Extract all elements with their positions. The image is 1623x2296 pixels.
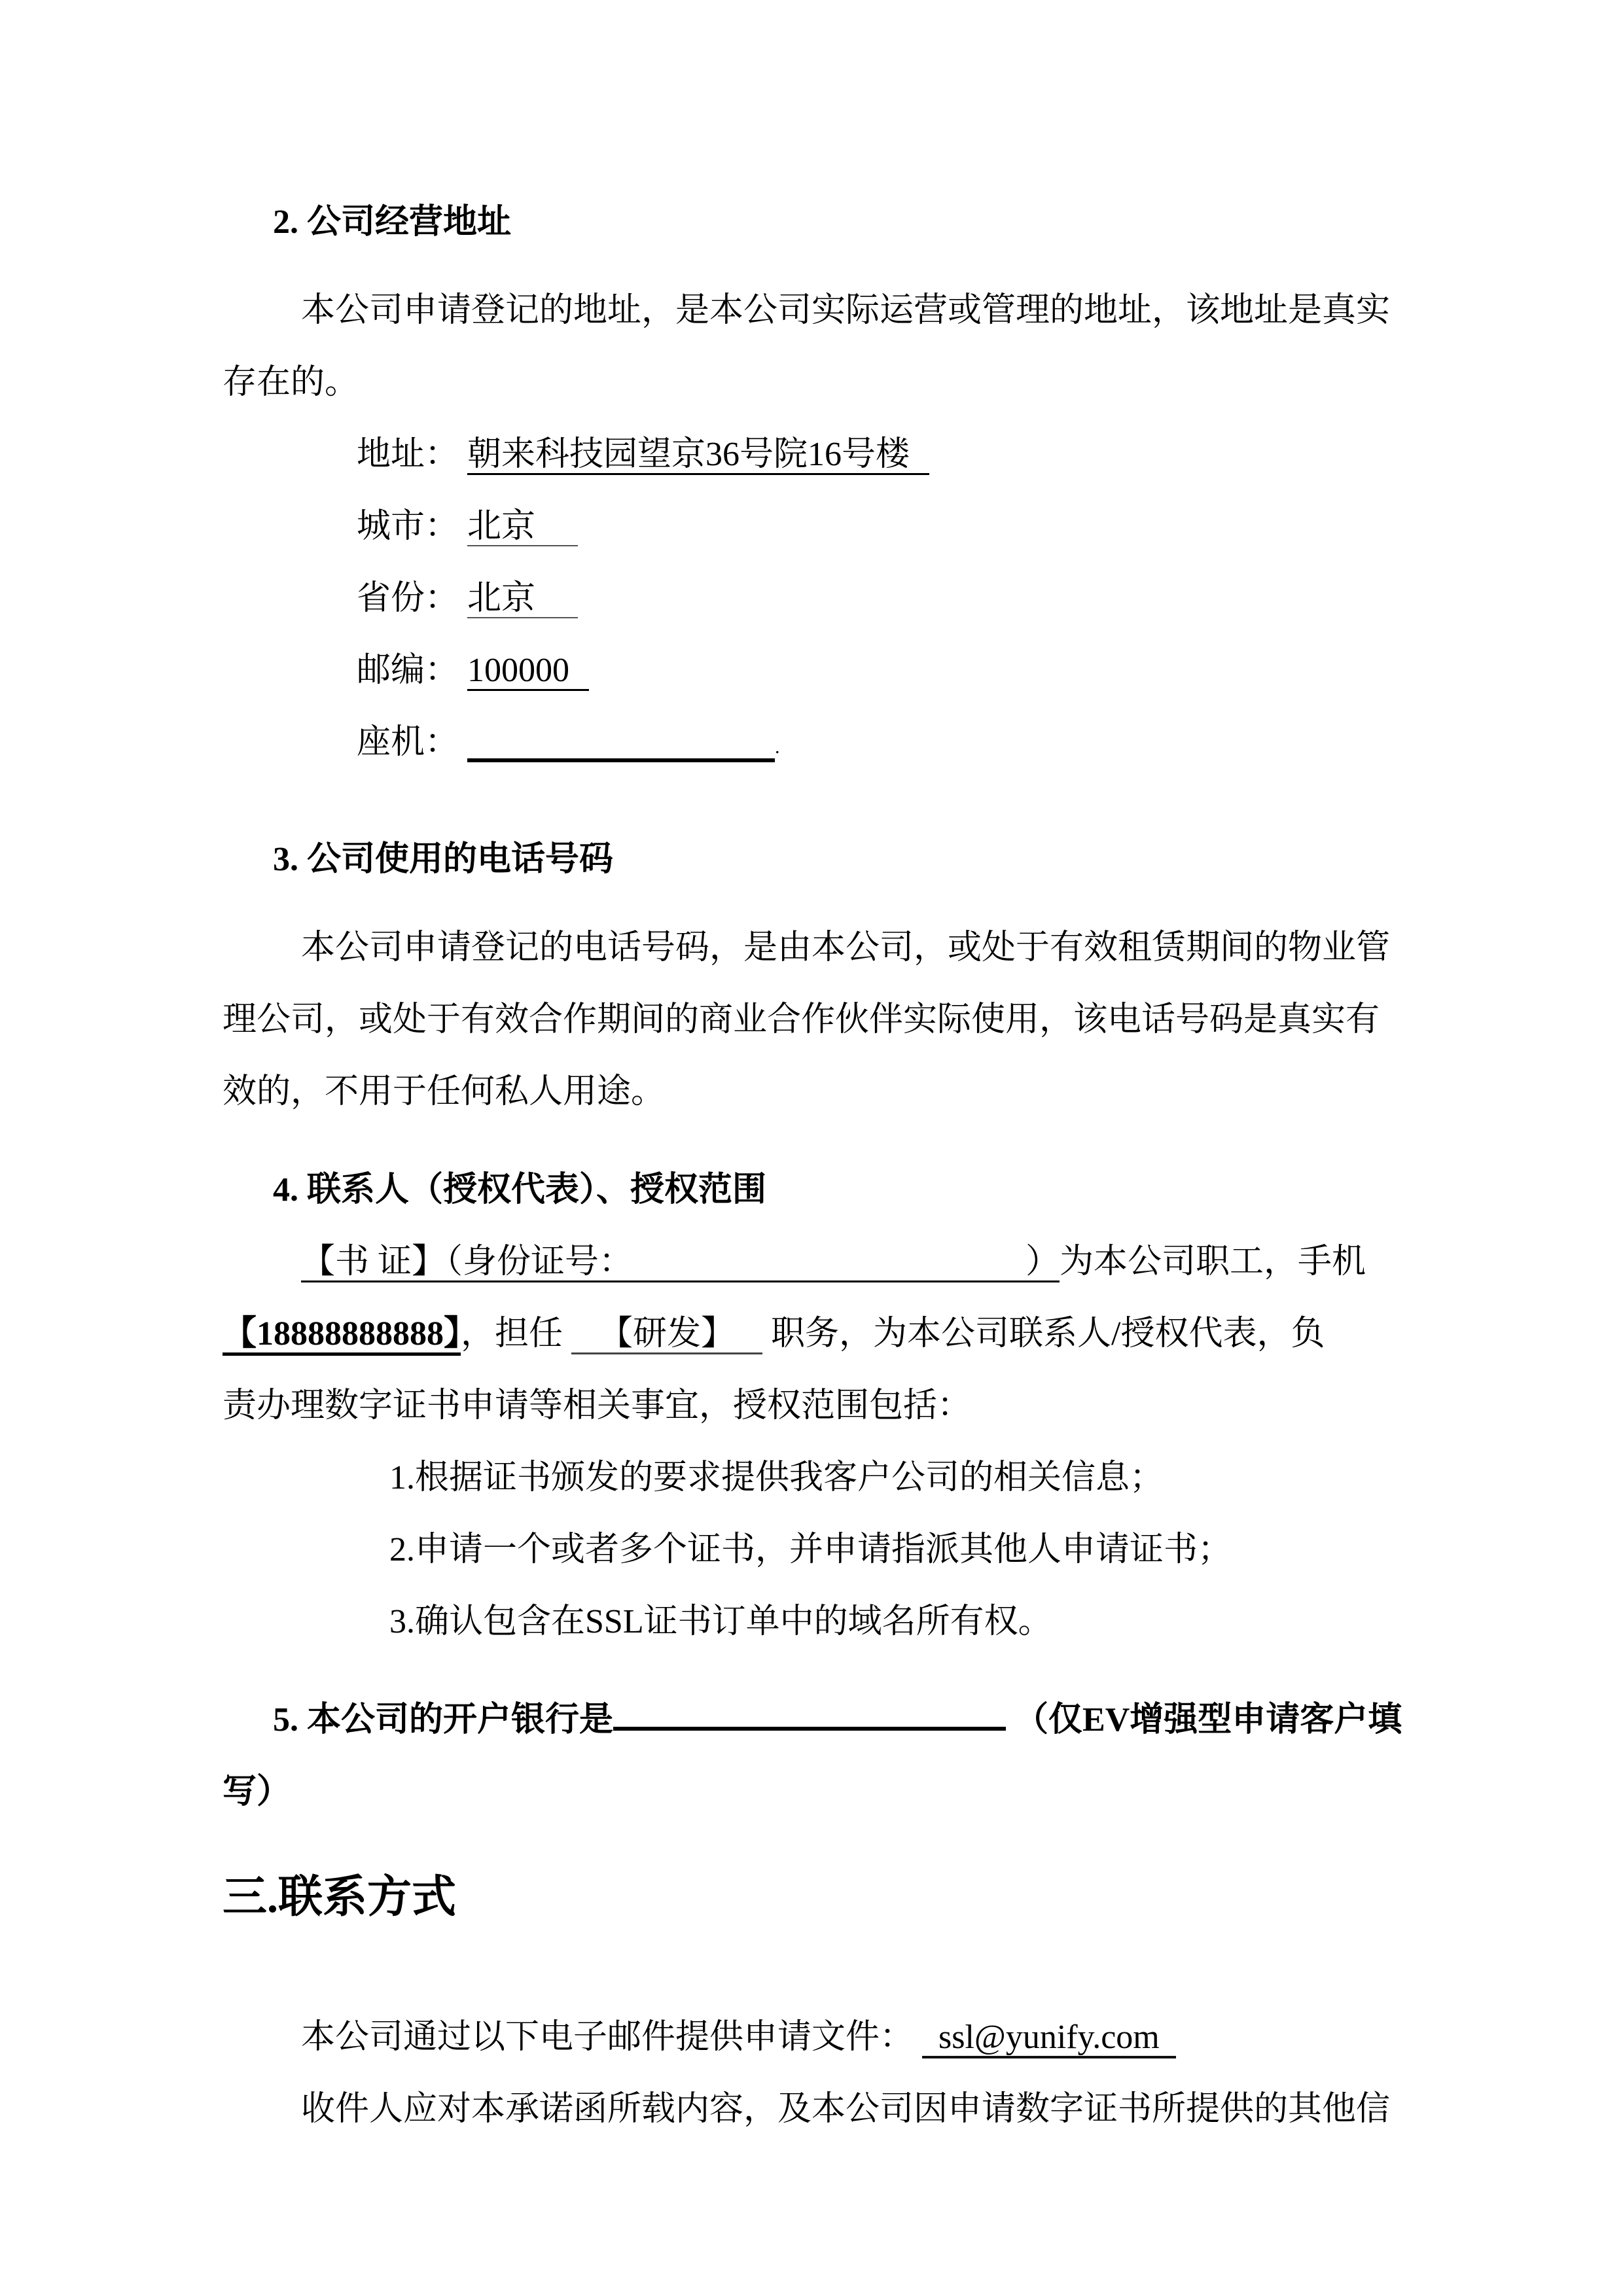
section3-paragraph-line1: 本公司申请登记的电话号码，是由本公司，或处于有效租赁期间的物业管 <box>301 912 1400 984</box>
contact-email-value: ssl@yunify.com <box>922 2019 1176 2058</box>
bank-name-blank <box>613 1693 1006 1731</box>
section5-line1: 5. 本公司的开户银行是 （仅EV增强型申请客户填 <box>273 1684 1400 1756</box>
contact-email-line: 本公司通过以下电子邮件提供申请文件： ssl@yunify.com <box>301 2002 1400 2074</box>
contact-note-line: 收件人应对本承诺函所载内容，及本公司因申请数字证书所提供的其他信 <box>301 2074 1400 2146</box>
bank-line-prefix: 5. 本公司的开户银行是 <box>273 1701 613 1739</box>
field-address-label: 地址： <box>357 436 459 473</box>
field-city-label: 城市： <box>357 508 459 545</box>
section4-contact-line2: 【18888888888】，担任 【研发】 职务，为本公司联系人/授权代表，负 <box>223 1298 1400 1370</box>
contact-name-id-suffix: ） <box>1026 1243 1060 1280</box>
authorization-item-3: 3.确认包含在SSL证书订单中的域名所有权。 <box>389 1586 1400 1658</box>
field-province-label: 省份： <box>357 580 459 617</box>
field-landline-label: 座机： <box>357 724 459 761</box>
authorization-item-2: 2.申请一个或者多个证书，并申请指派其他人申请证书； <box>389 1514 1400 1586</box>
field-city: 城市： 北京 <box>357 491 1400 563</box>
section2-paragraph-line2: 存在的。 <box>223 347 1400 419</box>
field-address-value: 朝来科技园望京36号院16号楼 <box>467 436 929 475</box>
contact-name-id-underlined: 【书 证】（身份证号：） <box>301 1243 1060 1282</box>
contact-name-id-prefix: 【书 证】（身份证号： <box>301 1243 633 1280</box>
field-landline: 座机： 10500200501. <box>357 707 1400 783</box>
section2-heading: 2. 公司经营地址 <box>273 186 1400 258</box>
field-zipcode: 邮编： 100000 <box>357 635 1400 707</box>
field-landline-value-clipped: 10500200501 <box>479 709 695 728</box>
contact-line1-rest: 为本公司职工，手机 <box>1060 1243 1366 1280</box>
contact-email-label: 本公司通过以下电子邮件提供申请文件： <box>301 2019 914 2056</box>
section3-paragraph-line2: 理公司，或处于有效合作期间的商业合作伙伴实际使用，该电话号码是真实有 <box>223 984 1400 1056</box>
section2-paragraph-line1: 本公司申请登记的地址，是本公司实际运营或管理的地址，该地址是真实 <box>301 275 1400 347</box>
field-zipcode-label: 邮编： <box>357 652 459 689</box>
contact-mobile-number: 【18888888888】 <box>223 1315 461 1356</box>
authorization-item-1: 1.根据证书颁发的要求提供我客户公司的相关信息； <box>389 1442 1400 1514</box>
contact-section-heading: 三.联系方式 <box>223 1848 1400 1946</box>
field-province-value: 北京 <box>467 580 578 618</box>
id-number-blank <box>633 1239 1026 1273</box>
section3-heading: 3. 公司使用的电话号码 <box>273 824 1400 896</box>
section4-contact-line1: 【书 证】（身份证号：）为本公司职工，手机 <box>301 1226 1400 1298</box>
section4-contact-line3: 责办理数字证书申请等相关事宜，授权范围包括： <box>223 1370 1400 1442</box>
field-landline-trailing-mark: . <box>775 736 780 758</box>
field-address: 地址： 朝来科技园望京36号院16号楼 <box>357 419 1400 491</box>
field-landline-underline: 10500200501 <box>467 707 775 762</box>
section3-paragraph-line3: 效的，不用于任何私人用途。 <box>223 1056 1400 1128</box>
field-zipcode-value: 100000 <box>467 652 589 691</box>
section4-heading: 4. 联系人（授权代表）、授权范围 <box>273 1154 1400 1226</box>
field-city-value: 北京 <box>467 508 578 546</box>
section5-line2: 写） <box>223 1756 1400 1828</box>
contact-line2-mid1: ，担任 <box>461 1315 563 1352</box>
field-province: 省份： 北京 <box>357 563 1400 635</box>
contact-line2-mid2: 职务，为本公司联系人/授权代表，负 <box>771 1315 1325 1352</box>
bank-line-suffix: （仅EV增强型申请客户填 <box>1014 1701 1402 1739</box>
contact-role: 【研发】 <box>571 1315 762 1354</box>
document-page: 2. 公司经营地址 本公司申请登记的地址，是本公司实际运营或管理的地址，该地址是… <box>0 0 1623 2296</box>
